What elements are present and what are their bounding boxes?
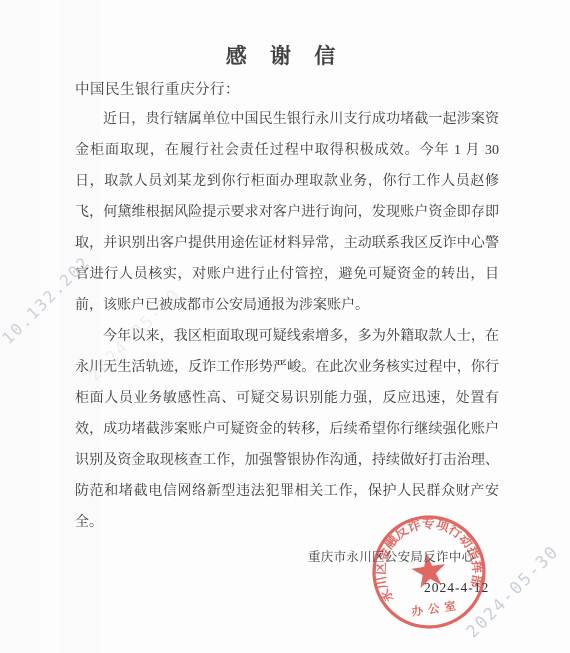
letter-page: 10.132.202 2024-05-30 2024-05-30 感 谢 信 中… <box>0 0 570 653</box>
letter-title: 感 谢 信 <box>0 40 570 70</box>
letter-salutation: 中国民生银行重庆分行： <box>75 78 240 99</box>
letter-date: 2024-4-12 <box>424 580 489 596</box>
official-seal: 永川区金融反诈专项行动指挥部 办公室 <box>361 504 497 640</box>
letter-paragraph-1: 近日，贵行辖属单位中国民生银行永川支行成功堵截一起涉案资金柜面取现，在履行社会责… <box>75 104 499 321</box>
letter-body: 近日，贵行辖属单位中国民生银行永川支行成功堵截一起涉案资金柜面取现，在履行社会责… <box>75 104 499 538</box>
signature-organization: 重庆市永川区公安局反诈中心 <box>308 547 474 565</box>
letter-paragraph-2: 今年以来，我区柜面取现可疑线索增多，多为外籍取款人士，在永川无生活轨迹，反诈工作… <box>75 321 499 538</box>
seal-office-text: 办公室 <box>411 598 462 619</box>
